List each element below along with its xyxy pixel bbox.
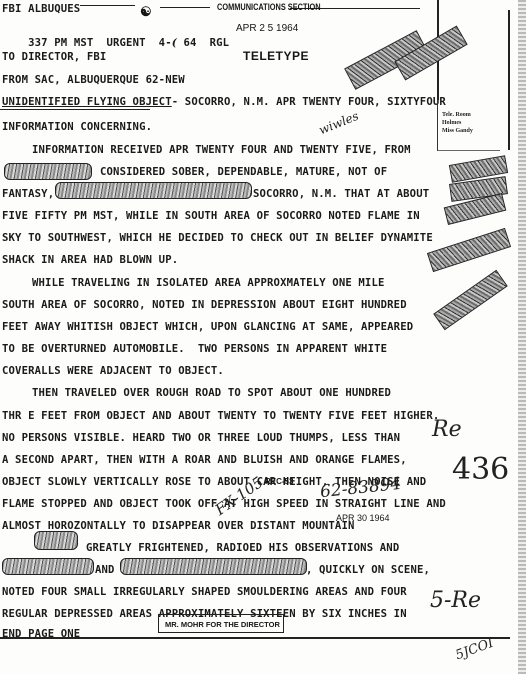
body-line: THEN TRAVELED OVER ROUGH ROAD TO SPOT AB… [32, 387, 391, 399]
routing-slip-border [508, 10, 510, 150]
header-rule [80, 5, 135, 6]
subject-line: UNIDENTIFIED FLYING OBJECT- SOCORRO, N.M… [2, 96, 446, 108]
bureau-seal-icon: ☯ [140, 4, 152, 20]
subject-line-2: INFORMATION CONCERNING. [2, 121, 152, 133]
serial-number: 436 [452, 452, 509, 487]
redaction-bar [55, 182, 252, 199]
date-stamp: APR 2 5 1964 [236, 23, 298, 34]
body-line: SHACK IN AREA HAD BLOWN UP. [2, 254, 178, 266]
redaction-mark [427, 228, 511, 272]
body-line: FIVE FIFTY PM MST, WHILE IN SOUTH AREA O… [2, 210, 420, 222]
body-line: FANTASY, [2, 188, 54, 200]
handwritten-scrawl: wiwles [317, 109, 361, 138]
handwritten-initials: 5-Re [430, 588, 481, 613]
body-line: AND [95, 564, 115, 576]
routing-entry: Holmes [438, 120, 500, 128]
rec-stamp: REC-53 [265, 477, 293, 486]
body-line: SKY TO SOUTHWEST, WHICH HE DECIDED TO CH… [2, 232, 433, 244]
transmission-info: 337 PM MST URGENT 4- [28, 37, 172, 49]
teletype-document-page: FBI ALBUQUES ☯ 337 PM MST URGENT 4-( 64 … [0, 0, 526, 674]
redaction-bar [2, 558, 94, 575]
redaction-mark [433, 270, 508, 331]
subject-rest: - SOCORRO, N.M. APR TWENTY FOUR, SIXTYFO… [172, 96, 446, 108]
operator-initials: RGL [210, 37, 230, 49]
routing-slip: Tele. Room Holmes Miss Gandy [437, 100, 500, 151]
header-rule [160, 7, 210, 8]
to-line: TO DIRECTOR, FBI [2, 51, 106, 63]
body-line: THR E FEET FROM OBJECT AND ABOUT TWENTY … [2, 410, 439, 422]
redaction-bar [34, 531, 78, 550]
body-line: INFORMATION RECEIVED APR TWENTY FOUR AND… [32, 144, 411, 156]
subject-underlined: UNIDENTIFIED FLYING OBJECT [2, 96, 172, 108]
location-text: SOCORRO, N.M. THAT AT ABOUT [253, 188, 429, 200]
body-line: TO BE OVERTURNED AUTOMOBILE. TWO PERSONS… [2, 343, 387, 355]
subject-rule [0, 109, 150, 110]
footer-rule [0, 637, 510, 639]
routing-entry: Miss Gandy [438, 128, 500, 136]
redaction-bar [120, 558, 307, 575]
body-line: NO PERSONS VISIBLE. HEARD TWO OR THREE L… [2, 432, 400, 444]
routing-entry: Tele. Room [438, 112, 500, 120]
office-header: FBI ALBUQUES [2, 3, 80, 15]
transmission-year: 64 [177, 37, 197, 49]
body-line: NOTED FOUR SMALL IRREGULARLY SHAPED SMOU… [2, 586, 407, 598]
body-line: A SECOND APART, THEN WITH A ROAR AND BLU… [2, 454, 407, 466]
communications-section-stamp: COMMUNICATIONS SECTION [217, 2, 321, 12]
body-line: SOCORRO, N.M. THAT AT ABOUT [253, 188, 429, 200]
body-line: , QUICKLY ON SCENE, [306, 564, 430, 576]
teletype-stamp: TELETYPE [243, 49, 309, 63]
body-line: WHILE TRAVELING IN ISOLATED AREA APPROXM… [32, 277, 385, 289]
handwritten-initials: Re [432, 417, 462, 442]
body-line: CONSIDERED SOBER, DEPENDABLE, MATURE, NO… [100, 166, 387, 178]
director-routing-box: MR. MOHR FOR THE DIRECTOR [158, 614, 284, 633]
from-line: FROM SAC, ALBUQUERQUE 62-NEW [2, 74, 185, 86]
body-line: GREATLY FRIGHTENED, RADIOED HIS OBSERVAT… [86, 542, 399, 554]
body-line: FEET AWAY WHITISH OBJECT WHICH, UPON GLA… [2, 321, 413, 333]
body-line: COVERALLS WERE ADJACENT TO OBJECT. [2, 365, 224, 377]
received-date-stamp: APR 30 1964 [336, 513, 390, 523]
page-edge [518, 0, 526, 674]
redaction-bar [4, 163, 92, 180]
body-line: SOUTH AREA OF SOCORRO, NOTED IN DEPRESSI… [2, 299, 407, 311]
handwritten-initials: 5JCOI [454, 636, 496, 664]
